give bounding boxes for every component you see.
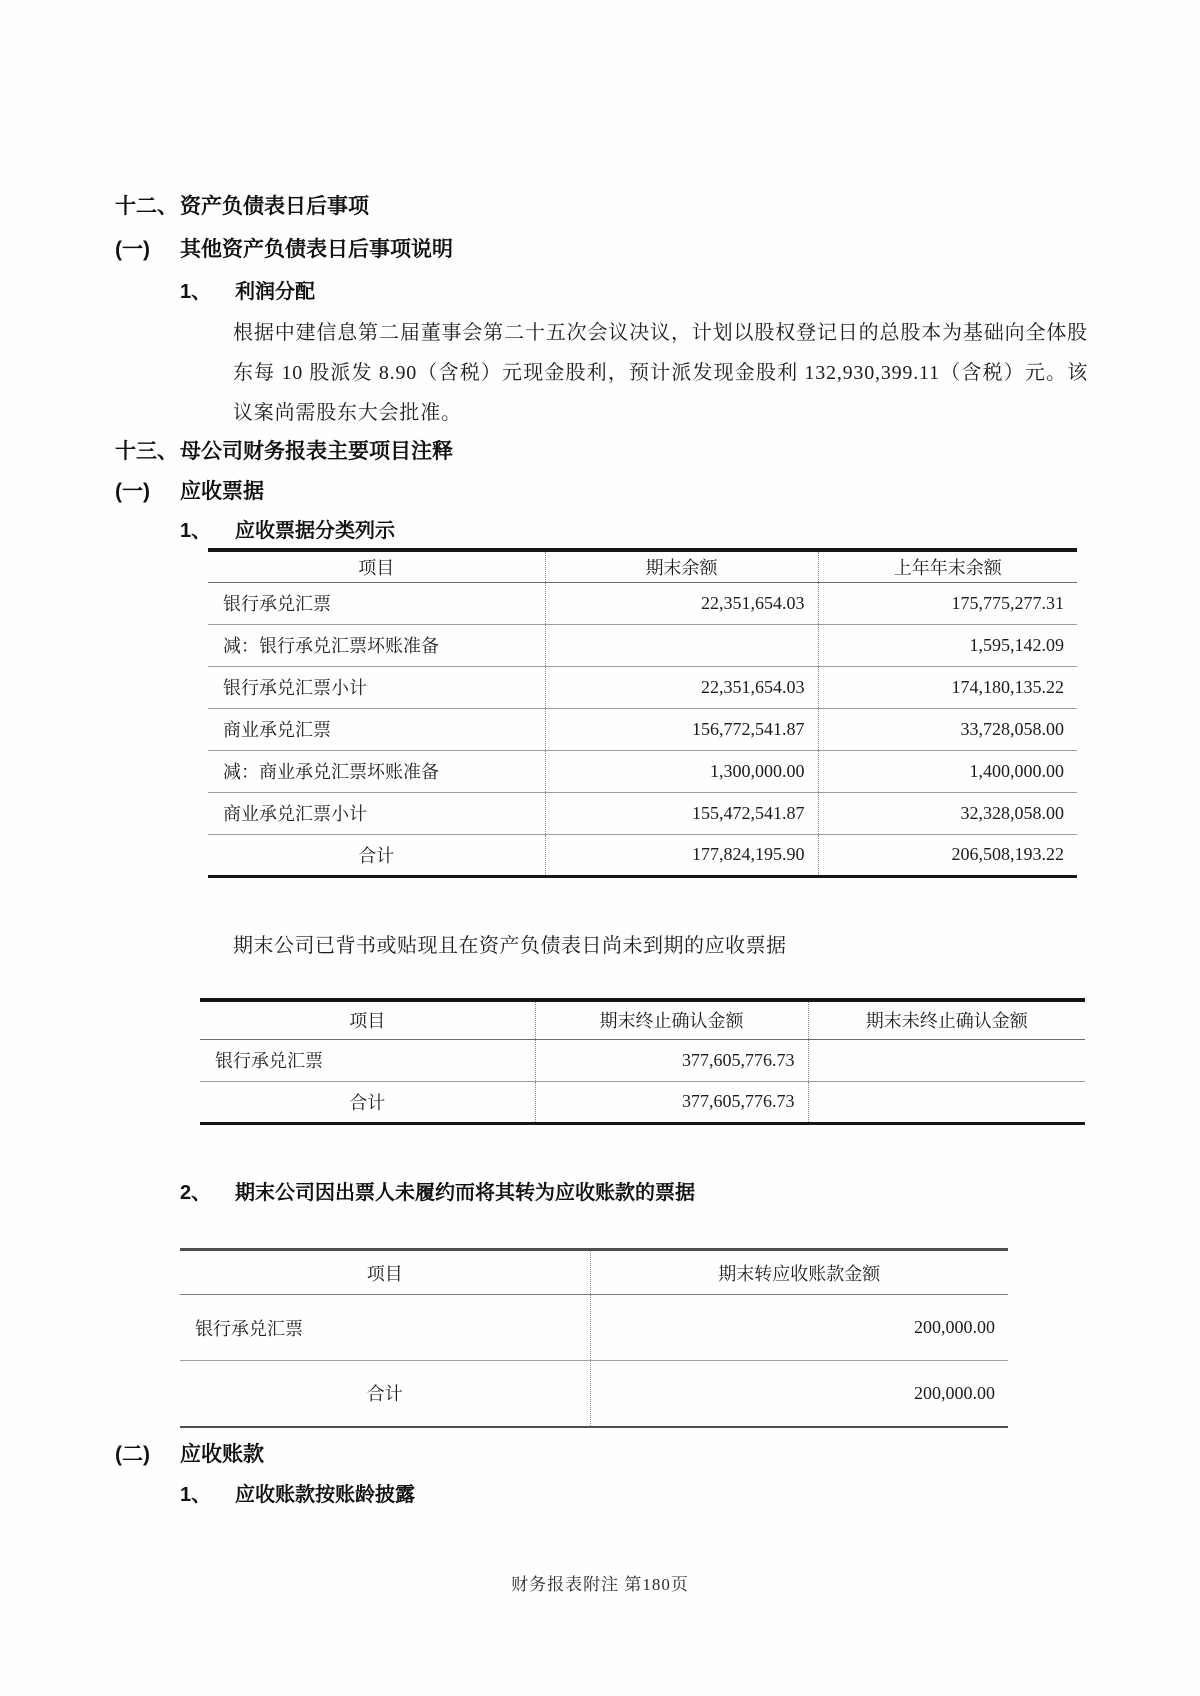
heading-title: 资产负债表日后事项 [180, 195, 369, 218]
heading-aging-disclosure: 1、应收账款按账龄披露 [180, 1482, 415, 1508]
total-label-cell: 合计 [200, 1081, 535, 1123]
page-footer: 财务报表附注 第180页 [0, 1570, 1200, 1595]
endorsed-notes-paragraph: 期末公司已背书或贴现且在资产负债表日尚未到期的应收票据 [233, 933, 787, 959]
table-total-row: 合计 377,605,776.73 [200, 1081, 1085, 1123]
heading-number: (一) [115, 479, 180, 505]
table-row: 减：商业承兑汇票坏账准备 1,300,000.00 1,400,000.00 [208, 750, 1077, 792]
heading-title: 应收账款 [180, 1443, 264, 1466]
total-label-cell: 合计 [208, 834, 545, 876]
item-cell: 银行承兑汇票 [208, 582, 545, 624]
heading-transferred-notes: 2、期末公司因出票人未履约而将其转为应收账款的票据 [180, 1180, 695, 1206]
heading-title: 应收票据 [180, 480, 264, 503]
heading-number: 十二、 [115, 194, 180, 220]
table-header-row: 项目 期末终止确认金额 期末未终止确认金额 [200, 1000, 1085, 1039]
heading-title: 应收票据分类列示 [235, 520, 395, 542]
amount-cell [545, 624, 818, 666]
heading-number: (一) [115, 237, 180, 263]
table-row: 银行承兑汇票小计 22,351,654.03 174,180,135.22 [208, 666, 1077, 708]
table-header-row: 项目 期末转应收账款金额 [180, 1250, 1008, 1295]
item-cell: 商业承兑汇票 [208, 708, 545, 750]
amount-cell: 155,472,541.87 [545, 792, 818, 834]
item-cell: 银行承兑汇票小计 [208, 666, 545, 708]
item-cell: 减：商业承兑汇票坏账准备 [208, 750, 545, 792]
heading-section-12-1: (一)其他资产负债表日后事项说明 [115, 237, 453, 263]
item-cell: 商业承兑汇票小计 [208, 792, 545, 834]
amount-cell: 22,351,654.03 [545, 666, 818, 708]
item-cell: 减：银行承兑汇票坏账准备 [208, 624, 545, 666]
heading-title: 期末公司因出票人未履约而将其转为应收账款的票据 [235, 1182, 695, 1204]
amount-cell: 1,400,000.00 [818, 750, 1077, 792]
amount-cell: 32,328,058.00 [818, 792, 1077, 834]
heading-section-12: 十二、资产负债表日后事项 [115, 194, 369, 220]
total-label-cell: 合计 [180, 1361, 590, 1427]
profit-distribution-paragraph: 根据中建信息第二届董事会第二十五次会议决议，计划以股权登记日的总股本为基础向全体… [233, 313, 1088, 433]
table-row: 商业承兑汇票 156,772,541.87 33,728,058.00 [208, 708, 1077, 750]
amount-cell: 177,824,195.90 [545, 834, 818, 876]
amount-cell [808, 1039, 1085, 1081]
amount-cell: 1,595,142.09 [818, 624, 1077, 666]
heading-notes-classification: 1、应收票据分类列示 [180, 518, 395, 544]
amount-cell: 156,772,541.87 [545, 708, 818, 750]
heading-number: 1、 [180, 518, 235, 544]
amount-cell: 200,000.00 [590, 1295, 1008, 1361]
table-row: 银行承兑汇票 200,000.00 [180, 1295, 1008, 1361]
amount-cell: 377,605,776.73 [535, 1081, 808, 1123]
heading-profit-distribution: 1、利润分配 [180, 279, 315, 305]
amount-cell: 22,351,654.03 [545, 582, 818, 624]
amount-cell: 33,728,058.00 [818, 708, 1077, 750]
table-row: 减：银行承兑汇票坏账准备 1,595,142.09 [208, 624, 1077, 666]
heading-accounts-receivable: (二)应收账款 [115, 1442, 264, 1468]
column-header-transferred-amount: 期末转应收账款金额 [590, 1250, 1008, 1295]
amount-cell: 200,000.00 [590, 1361, 1008, 1427]
column-header-not-derecognized: 期末未终止确认金额 [808, 1000, 1085, 1039]
notes-classification-table: 项目 期末余额 上年年末余额 银行承兑汇票 22,351,654.03 175,… [208, 548, 1077, 878]
heading-number: (二) [115, 1442, 180, 1468]
heading-title: 利润分配 [235, 281, 315, 303]
heading-title: 应收账款按账龄披露 [235, 1484, 415, 1506]
table-row: 银行承兑汇票 377,605,776.73 [200, 1039, 1085, 1081]
table-header-row: 项目 期末余额 上年年末余额 [208, 550, 1077, 582]
amount-cell: 174,180,135.22 [818, 666, 1077, 708]
column-header-derecognized: 期末终止确认金额 [535, 1000, 808, 1039]
column-header-item: 项目 [180, 1250, 590, 1295]
item-cell: 银行承兑汇票 [180, 1295, 590, 1361]
table-total-row: 合计 177,824,195.90 206,508,193.22 [208, 834, 1077, 876]
heading-number: 1、 [180, 1482, 235, 1508]
amount-cell: 1,300,000.00 [545, 750, 818, 792]
table-row: 商业承兑汇票小计 155,472,541.87 32,328,058.00 [208, 792, 1077, 834]
column-header-item: 项目 [208, 550, 545, 582]
endorsed-notes-table: 项目 期末终止确认金额 期末未终止确认金额 银行承兑汇票 377,605,776… [200, 998, 1085, 1125]
table-row: 银行承兑汇票 22,351,654.03 175,775,277.31 [208, 582, 1077, 624]
amount-cell: 175,775,277.31 [818, 582, 1077, 624]
heading-number: 2、 [180, 1180, 235, 1206]
column-header-prior-year-balance: 上年年末余额 [818, 550, 1077, 582]
amount-cell: 206,508,193.22 [818, 834, 1077, 876]
heading-notes-receivable: (一)应收票据 [115, 479, 264, 505]
amount-cell: 377,605,776.73 [535, 1039, 808, 1081]
heading-section-13: 十三、母公司财务报表主要项目注释 [115, 439, 453, 465]
column-header-closing-balance: 期末余额 [545, 550, 818, 582]
heading-number: 1、 [180, 279, 235, 305]
heading-number: 十三、 [115, 439, 180, 465]
heading-title: 其他资产负债表日后事项说明 [180, 238, 453, 261]
amount-cell [808, 1081, 1085, 1123]
heading-title: 母公司财务报表主要项目注释 [180, 440, 453, 463]
transferred-notes-table: 项目 期末转应收账款金额 银行承兑汇票 200,000.00 合计 200,00… [180, 1248, 1008, 1428]
item-cell: 银行承兑汇票 [200, 1039, 535, 1081]
table-total-row: 合计 200,000.00 [180, 1361, 1008, 1427]
column-header-item: 项目 [200, 1000, 535, 1039]
document-page: 十二、资产负债表日后事项 (一)其他资产负债表日后事项说明 1、利润分配 根据中… [0, 0, 1200, 1696]
